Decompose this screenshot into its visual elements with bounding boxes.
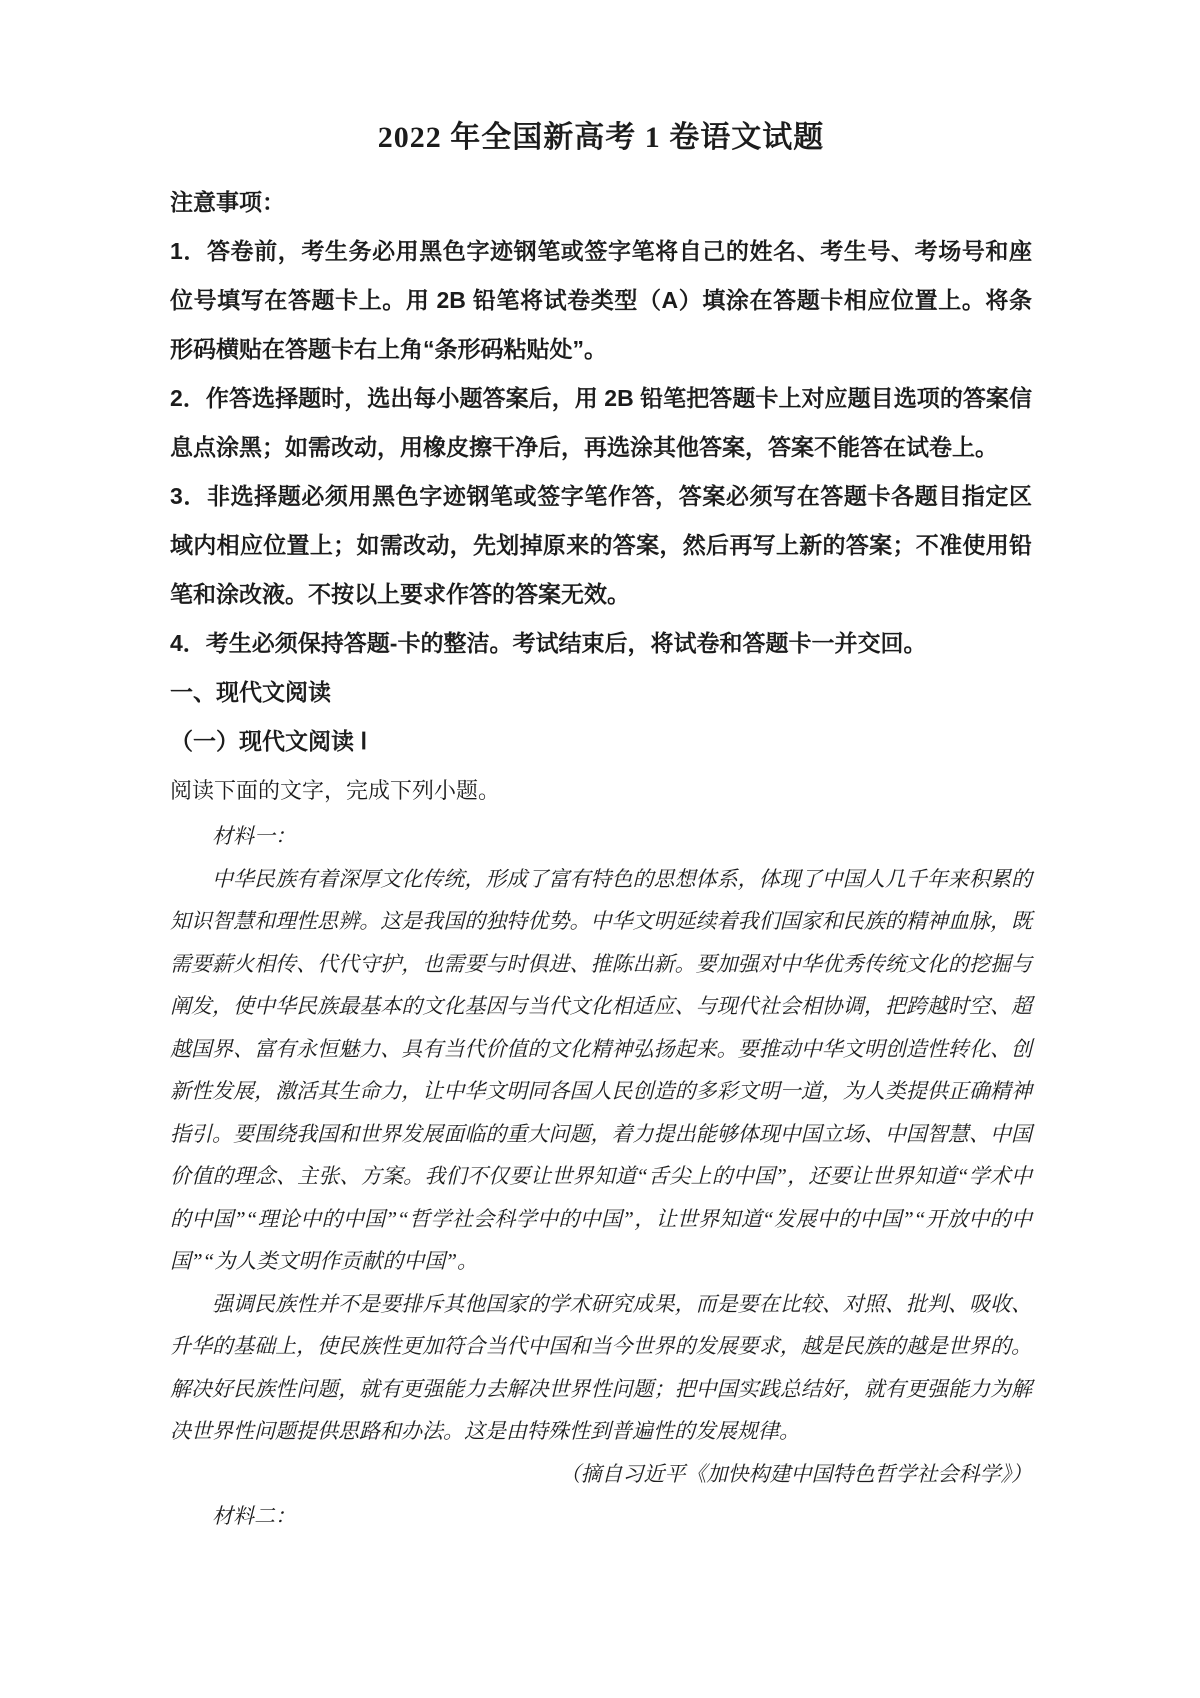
notice-item-2: 2．作答选择题时，选出每小题答案后，用 2B 铅笔把答题卡上对应题目选项的答案信… bbox=[170, 374, 1032, 472]
material-1-paragraph-1: 中华民族有着深厚文化传统，形成了富有特色的思想体系，体现了中国人几千年来积累的知… bbox=[170, 858, 1032, 1283]
subsection-heading-modern-reading-1: （一）现代文阅读 Ⅰ bbox=[170, 717, 1032, 766]
notice-item-3: 3．非选择题必须用黑色字迹钢笔或签字笔作答，答案必须写在答题卡各题目指定区域内相… bbox=[170, 472, 1032, 619]
exam-paper-page: 2022 年全国新高考 1 卷语文试题 注意事项： 1．答卷前，考生务必用黑色字… bbox=[0, 0, 1200, 1698]
material-1-source-citation: （摘自习近平《加快构建中国特色哲学社会科学》） bbox=[170, 1453, 1032, 1496]
material-1-paragraph-2: 强调民族性并不是要排斥其他国家的学术研究成果，而是要在比较、对照、批判、吸收、升… bbox=[170, 1283, 1032, 1453]
section-heading-modern-reading: 一、现代文阅读 bbox=[170, 668, 1032, 717]
material-2-label: 材料二： bbox=[170, 1495, 1032, 1538]
notice-item-4: 4．考生必须保持答题-卡的整洁。考试结束后，将试卷和答题卡一并交回。 bbox=[170, 619, 1032, 668]
document-body: 2022 年全国新高考 1 卷语文试题 注意事项： 1．答卷前，考生务必用黑色字… bbox=[170, 0, 1032, 1538]
material-1-label: 材料一： bbox=[170, 815, 1032, 858]
page-title: 2022 年全国新高考 1 卷语文试题 bbox=[170, 118, 1032, 158]
notice-heading: 注意事项： bbox=[170, 178, 1032, 227]
notice-item-1: 1．答卷前，考生务必用黑色字迹钢笔或签字笔将自己的姓名、考生号、考场号和座位号填… bbox=[170, 227, 1032, 374]
reading-instruction: 阅读下面的文字，完成下列小题。 bbox=[170, 766, 1032, 815]
